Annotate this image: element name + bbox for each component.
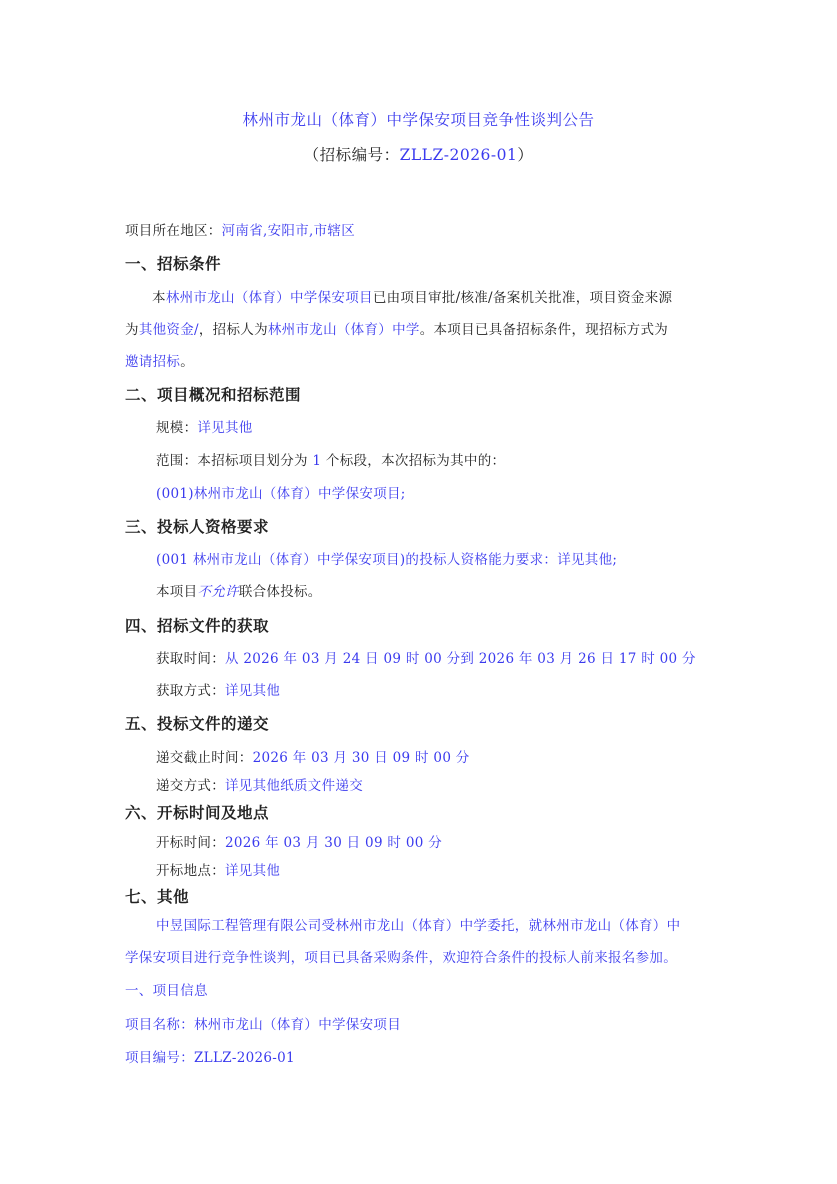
obtain-time-row: 获取时间：从 2026 年 03 月 24 日 09 时 00 分到 2026 … [156, 647, 696, 667]
project-code-row: 项目编号：ZLLZ-2026-01 [125, 1046, 295, 1066]
fund-source: 其他资金/ [139, 322, 199, 338]
project-region: 项目所在地区：河南省,安阳市,市辖区 [125, 219, 355, 239]
tender-code-value: ZLLZ-2026-01 [400, 146, 518, 164]
region-label: 项目所在地区： [125, 223, 222, 239]
project-info-heading: 一、项目信息 [125, 979, 208, 999]
text: 范围：本招标项目划分为 [156, 453, 308, 469]
text: 。 [180, 354, 194, 370]
s7-paragraph-line-2: 学保安项目进行竞争性谈判，项目已具备采购条件，欢迎符合条件的投标人前来报名参加。 [125, 946, 677, 966]
s1-paragraph-line-3: 邀请招标。 [125, 350, 194, 370]
section-heading-1: 一、招标条件 [125, 252, 221, 274]
obtain-method-label: 获取方式： [156, 683, 225, 699]
scale-row: 规模：详见其他 [156, 416, 253, 436]
text: 。本项目已具备招标条件，现招标方式为 [420, 322, 668, 338]
opening-place-row: 开标地点：详见其他 [156, 859, 280, 879]
submit-method-label: 递交方式： [156, 778, 225, 794]
section-heading-4: 四、招标文件的获取 [125, 614, 269, 636]
tender-code: （招标编号：ZLLZ-2026-01） [0, 143, 837, 165]
project-name-row: 项目名称：林州市龙山（体育）中学保安项目 [125, 1013, 401, 1033]
deadline-row: 递交截止时间：2026 年 03 月 30 日 09 时 00 分 [156, 746, 470, 766]
lot-count: 1 [312, 453, 321, 469]
tenderer: 林州市龙山（体育）中学 [268, 322, 420, 338]
joint-bid-row: 本项目不允许联合体投标。 [156, 580, 322, 600]
tender-code-suffix: ） [517, 146, 533, 164]
section-heading-7: 七、其他 [125, 885, 189, 907]
opening-place-value: 详见其他 [225, 863, 280, 879]
document-page: 林州市龙山（体育）中学保安项目竞争性谈判公告 （招标编号：ZLLZ-2026-0… [0, 0, 837, 1184]
obtain-method-value: 详见其他 [225, 683, 280, 699]
joint-bid-status: 不允许 [197, 584, 238, 600]
qualification-requirement: (001 林州市龙山（体育）中学保安项目)的投标人资格能力要求：详见其他; [156, 548, 617, 568]
deadline-value: 2026 年 03 月 30 日 09 时 00 分 [253, 750, 470, 766]
submit-method-row: 递交方式：详见其他纸质文件递交 [156, 774, 363, 794]
opening-time-value: 2026 年 03 月 30 日 09 时 00 分 [225, 835, 442, 851]
submit-method-value: 详见其他纸质文件递交 [225, 778, 363, 794]
lot-item: (001)林州市龙山（体育）中学保安项目; [156, 482, 406, 502]
s1-paragraph-line-1: 本林州市龙山（体育）中学保安项目已由项目审批/核准/备案机关批准，项目资金来源 [152, 286, 672, 306]
s7-paragraph-line-1: 中昱国际工程管理有限公司受林州市龙山（体育）中学委托，就林州市龙山（体育）中 [156, 914, 680, 934]
s1-paragraph-line-2: 为其他资金/，招标人为林州市龙山（体育）中学。本项目已具备招标条件，现招标方式为 [125, 318, 668, 338]
text: 个标段，本次招标为其中的： [326, 453, 505, 469]
text: ，招标人为 [199, 322, 268, 338]
tender-method: 邀请招标 [125, 354, 180, 370]
opening-place-label: 开标地点： [156, 863, 225, 879]
opening-time-row: 开标时间：2026 年 03 月 30 日 09 时 00 分 [156, 831, 442, 851]
scale-label: 规模： [156, 420, 197, 436]
deadline-label: 递交截止时间： [156, 750, 253, 766]
section-heading-2: 二、项目概况和招标范围 [125, 383, 301, 405]
scale-value: 详见其他 [197, 420, 252, 436]
obtain-time-value: 从 2026 年 03 月 24 日 09 时 00 分到 2026 年 03 … [225, 651, 696, 667]
opening-time-label: 开标时间： [156, 835, 225, 851]
section-heading-6: 六、开标时间及地点 [125, 801, 269, 823]
text: 本 [152, 290, 166, 306]
section-heading-5: 五、投标文件的递交 [125, 712, 269, 734]
obtain-time-label: 获取时间： [156, 651, 225, 667]
obtain-method-row: 获取方式：详见其他 [156, 679, 280, 699]
text: 已由项目审批/核准/备案机关批准，项目资金来源 [373, 290, 673, 306]
region-value: 河南省,安阳市,市辖区 [222, 223, 355, 239]
text: 本项目 [156, 584, 197, 600]
scope-row: 范围：本招标项目划分为 1 个标段，本次招标为其中的： [156, 449, 505, 469]
text: 联合体投标。 [239, 584, 322, 600]
document-title: 林州市龙山（体育）中学保安项目竞争性谈判公告 [0, 108, 837, 130]
project-name: 林州市龙山（体育）中学保安项目 [166, 290, 373, 306]
tender-code-label: （招标编号： [304, 146, 400, 164]
section-heading-3: 三、投标人资格要求 [125, 515, 269, 537]
text: 为 [125, 322, 139, 338]
